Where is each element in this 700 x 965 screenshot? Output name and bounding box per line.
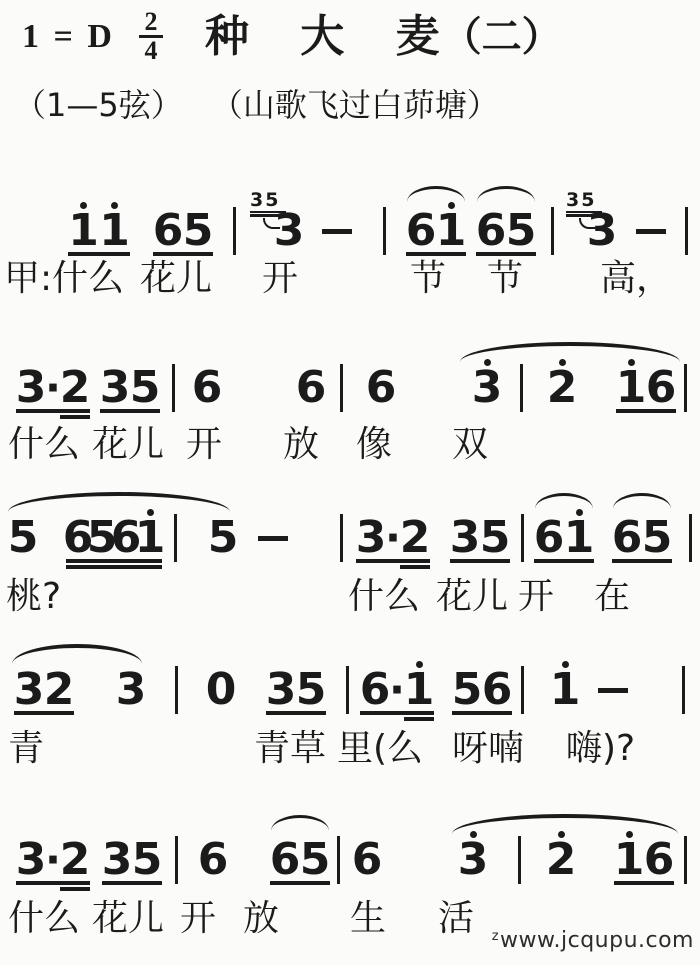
beam-group (644, 881, 674, 887)
note-digit: 5 (132, 840, 163, 878)
beam-line (266, 711, 296, 715)
note-digit: 5 (452, 670, 483, 708)
beam-line (130, 409, 160, 413)
note-group: 65 (612, 506, 672, 565)
music-system: 3230356·1561青青草里(么呀喃嗨)? (0, 644, 700, 774)
note-digit: 5 (300, 840, 331, 878)
barline (175, 666, 178, 714)
watermark: zwww.jcqupu.com (492, 928, 694, 953)
barline (521, 514, 524, 562)
note-group: 6 (198, 828, 228, 881)
beam-group (138, 559, 162, 571)
note-digit: 1 (68, 211, 99, 249)
beam-line (44, 711, 74, 715)
beam-group (46, 881, 60, 887)
note: 1 (436, 199, 466, 258)
beam-line (614, 881, 644, 885)
note-group: 32 (14, 658, 74, 717)
note: 6 (366, 356, 396, 409)
beam-group (132, 881, 162, 887)
beam-group (642, 559, 672, 565)
note-digit: 3 (100, 368, 131, 406)
lyric-text: 高， (600, 258, 672, 300)
beam-line (356, 559, 386, 563)
note-group: 3 (587, 199, 617, 252)
note-digit: 6 (644, 840, 675, 878)
note-digit: 1 (135, 518, 166, 556)
dot-separator: · (386, 506, 400, 565)
lyrics-row: 什么花儿开放像双 (0, 424, 700, 468)
beam-group (60, 409, 90, 421)
note: 3 (16, 356, 46, 415)
note: 6 (644, 828, 674, 887)
note-digit: 5 (480, 518, 511, 556)
beam-line (644, 881, 674, 885)
beam-line (14, 711, 44, 715)
lyric-text: 桃? (6, 576, 61, 618)
note-digit: 6 (534, 518, 565, 556)
beam-group (100, 409, 130, 415)
barline (383, 207, 386, 255)
beam-line (534, 559, 564, 563)
note: 5 (300, 828, 330, 887)
beam-line (66, 565, 90, 569)
note-group: 65 (270, 828, 330, 887)
note-digit: 6 (646, 368, 677, 406)
beam-group (360, 711, 390, 717)
beam-line (476, 252, 506, 256)
note-digit: 2 (60, 840, 91, 878)
beam-line (153, 252, 183, 256)
note-digit: 6 (366, 368, 397, 406)
note-digit: · (45, 840, 61, 878)
beam-line (296, 711, 326, 715)
beam-group (46, 409, 60, 415)
note: 5 (452, 658, 482, 717)
note: 6 (646, 356, 676, 415)
note: 2 (60, 828, 90, 893)
note-digit: 5 (8, 518, 39, 556)
note-digit: 6 (192, 368, 223, 406)
note-digit: 3 (356, 518, 387, 556)
beam-line (400, 559, 430, 563)
note-group: 3 (274, 199, 304, 252)
lyric-text: 花儿 (436, 576, 508, 618)
barline (551, 207, 554, 255)
note-group: 61 (534, 506, 594, 565)
note: 3 (14, 658, 44, 717)
note: 5 (8, 506, 38, 559)
note-digit: 6 (360, 670, 391, 708)
note-digit: 3 (450, 518, 481, 556)
beam-line (612, 559, 642, 563)
lyric-text: 什么 (8, 424, 80, 466)
beam-line (100, 409, 130, 413)
lyric-text: 花儿 (92, 898, 164, 940)
note-digit: 3 (472, 368, 503, 406)
lyric-text: 开 (180, 898, 216, 940)
beam-line (183, 252, 213, 256)
note-digit: 3 (116, 670, 147, 708)
beam-group (612, 559, 642, 565)
beam-group (102, 881, 132, 887)
note: 5 (130, 356, 160, 415)
beam-line (480, 559, 510, 563)
note: 1 (138, 506, 162, 571)
beam-line (506, 252, 536, 256)
note-group: 6 (192, 356, 222, 409)
lyric-text: 在 (594, 576, 630, 618)
slur-icon (271, 815, 329, 831)
lyric-text: 开 (262, 258, 298, 300)
note-group: 35 (100, 356, 160, 415)
beam-group (616, 409, 646, 415)
note: 6 (534, 506, 564, 565)
music-system: 3·2356663216什么花儿开放像双 (0, 342, 700, 470)
note-digit: 5 (208, 518, 239, 556)
note: 5 (208, 506, 238, 559)
note: 2 (547, 356, 577, 409)
note-digit: 5 (183, 211, 214, 249)
note: 1 (614, 828, 644, 887)
beam-line (482, 711, 512, 715)
notation-row: 3230356·1561 (0, 644, 700, 724)
lyric-text: 活 (438, 898, 474, 940)
beam-line (46, 881, 60, 885)
barline (346, 666, 349, 714)
beam-group (404, 711, 434, 723)
note-digit: 1 (436, 211, 467, 249)
beam-group (266, 711, 296, 717)
barline (684, 836, 687, 884)
note-group: 35 (450, 506, 510, 565)
note-digit: 1 (99, 211, 130, 249)
note-digit: 6 (270, 840, 301, 878)
note-digit: 0 (206, 670, 237, 708)
note: 5 (506, 199, 536, 258)
barline (175, 836, 178, 884)
barline (689, 514, 692, 562)
watermark-url: www.jcqupu.com (500, 928, 694, 953)
beam-line (646, 409, 676, 413)
note-digit: 2 (44, 670, 75, 708)
note-group: 3 (458, 828, 488, 881)
beam-group (16, 881, 46, 887)
duration-dash (258, 536, 288, 541)
note: 2 (546, 828, 576, 881)
note-digit: 3 (102, 840, 133, 878)
beam-line (404, 717, 434, 721)
note-digit: · (389, 670, 405, 708)
beam-line (68, 252, 99, 256)
note: 2 (400, 506, 430, 571)
slur-icon (477, 186, 535, 202)
notation-row: 11653536165353 (0, 185, 700, 265)
note: 3 (274, 199, 304, 252)
beam-group (296, 711, 326, 717)
beam-group (60, 881, 90, 893)
note-group: 35 (102, 828, 162, 887)
music-system: 11653536165353甲:什么花儿开节节高， (0, 185, 700, 304)
note: 5 (183, 199, 213, 258)
barline (172, 364, 175, 412)
note-group: 3·2 (16, 356, 90, 421)
notation-row: 3·23566563216 (0, 814, 700, 894)
note: 2 (44, 658, 74, 717)
barline (233, 207, 236, 255)
barline (174, 514, 177, 562)
note-digit: 1 (616, 368, 647, 406)
note-digit: 1 (564, 518, 595, 556)
beam-line (390, 711, 404, 715)
note-group: 3 (116, 658, 146, 711)
note: 3 (116, 658, 146, 711)
note-digit: 6 (482, 670, 513, 708)
beam-line (60, 415, 90, 419)
dot-separator: · (46, 356, 60, 415)
note: 6 (198, 828, 228, 881)
lyric-text: 节 (410, 258, 446, 300)
beam-line (406, 252, 436, 256)
barline (520, 364, 523, 412)
duration-dash (636, 229, 666, 234)
beam-group (44, 711, 74, 717)
beam-line (360, 711, 390, 715)
lyric-text: 呀喃 (452, 728, 524, 770)
duration-dash (322, 229, 352, 234)
note-group: 3 (472, 356, 502, 409)
note-group: 65 (476, 199, 536, 258)
note-digit: 5 (642, 518, 673, 556)
beam-line (138, 565, 162, 569)
note: 1 (616, 356, 646, 415)
beam-line (102, 881, 132, 885)
lyric-text: 生 (350, 898, 386, 940)
note-digit: 5 (506, 211, 537, 249)
beam-group (390, 711, 404, 717)
note: 3 (450, 506, 480, 565)
beam-line (616, 409, 646, 413)
beam-line (132, 881, 162, 885)
beam-group (480, 559, 510, 565)
note: 5 (132, 828, 162, 887)
beam-line (642, 559, 672, 563)
dot-separator: · (390, 658, 404, 717)
note: 6 (352, 828, 382, 881)
beam-line (300, 881, 330, 885)
note-group: 6561 (66, 506, 162, 571)
lyric-text: 双 (452, 424, 488, 466)
notation-row: 5656153·2356165 (0, 492, 700, 572)
note-group: 35 (266, 658, 326, 717)
music-system: 5656153·2356165桃?什么花儿开在 (0, 492, 700, 622)
note-group: 65 (153, 199, 213, 258)
note: 3 (472, 356, 502, 409)
beam-group (400, 559, 430, 571)
note: 3 (458, 828, 488, 881)
note: 3 (356, 506, 386, 565)
note: 1 (404, 658, 434, 723)
barline (682, 666, 685, 714)
barline (685, 207, 688, 255)
beam-group (16, 409, 46, 415)
beam-group (614, 881, 644, 887)
note: 6 (360, 658, 390, 717)
note-group: 6 (296, 356, 326, 409)
note: 1 (550, 658, 580, 711)
lyric-text: 像 (356, 424, 392, 466)
lyric-text: 什么 (348, 576, 420, 618)
note: 1 (99, 199, 130, 258)
note-group: 5 (208, 506, 238, 559)
slur-icon (407, 186, 465, 202)
lyric-text: 青 (8, 728, 44, 770)
duration-dash (598, 688, 628, 693)
note-digit: 6 (406, 211, 437, 249)
beam-group (356, 559, 386, 565)
beam-line (60, 887, 90, 891)
note-group: 0 (206, 658, 236, 711)
note: 3 (266, 658, 296, 717)
beam-line (452, 711, 482, 715)
dot-separator: · (46, 828, 60, 887)
beam-group (386, 559, 400, 565)
note-group: 16 (614, 828, 674, 887)
note: 6 (612, 506, 642, 565)
note-digit: 3 (587, 211, 618, 249)
note-digit: 1 (614, 840, 645, 878)
note: 0 (206, 658, 236, 711)
note: 2 (60, 356, 90, 421)
note-digit: 3 (274, 211, 305, 249)
note-digit: 5 (296, 670, 327, 708)
beam-line (60, 881, 90, 885)
note-group: 6 (366, 356, 396, 409)
note-digit: 3 (458, 840, 489, 878)
note: 6 (192, 356, 222, 409)
beam-group (300, 881, 330, 887)
note-group: 6 (352, 828, 382, 881)
note: 6 (476, 199, 506, 258)
note-digit: 6 (352, 840, 383, 878)
note-group: 5 (8, 506, 38, 559)
lyrics-row: 桃?什么花儿开在 (0, 576, 700, 620)
note: 5 (642, 506, 672, 565)
note-digit: 2 (400, 518, 431, 556)
note-digit: 1 (550, 670, 581, 708)
note-group: 61 (406, 199, 466, 258)
barline (518, 836, 521, 884)
note: 3 (102, 828, 132, 887)
beam-line (16, 881, 46, 885)
note-digit: 1 (404, 670, 435, 708)
barline (684, 364, 687, 412)
beam-line (564, 559, 594, 563)
beam-line (400, 565, 430, 569)
beam-line (404, 711, 434, 715)
note-group: 2 (547, 356, 577, 409)
note-digit: 6 (612, 518, 643, 556)
note-digit: · (45, 368, 61, 406)
note-digit: 6 (476, 211, 507, 249)
barline (340, 364, 343, 412)
lyric-text: 甲: (4, 258, 52, 300)
lyric-text: 青草 (254, 728, 326, 770)
note: 6 (153, 199, 183, 258)
beam-group (646, 409, 676, 415)
lyric-text: 什么 (8, 898, 80, 940)
note-group: 3·2 (16, 828, 90, 893)
note-digit: 3 (14, 670, 45, 708)
note-digit: · (385, 518, 401, 556)
barline (340, 514, 343, 562)
note-digit: 6 (296, 368, 327, 406)
beam-group (14, 711, 44, 717)
note-digit: 6 (198, 840, 229, 878)
beam-group (564, 559, 594, 565)
barline (337, 836, 340, 884)
beam-group (270, 881, 300, 887)
beam-group (452, 711, 482, 717)
note: 3 (100, 356, 130, 415)
note: 6 (406, 199, 436, 258)
barline (521, 666, 524, 714)
note-group: 16 (616, 356, 676, 415)
note: 3 (16, 828, 46, 887)
note-group: 2 (546, 828, 576, 881)
note-group: 11 (68, 199, 130, 258)
beam-group (130, 409, 160, 415)
note: 6 (296, 356, 326, 409)
lyric-text: 开 (186, 424, 222, 466)
lyrics-row: 甲:什么花儿开节节高， (0, 258, 700, 302)
note-digit: 2 (546, 840, 577, 878)
beam-line (60, 409, 90, 413)
note-digit: 5 (130, 368, 161, 406)
slur-icon (613, 493, 671, 509)
note-digit: 3 (266, 670, 297, 708)
note-group: 3·2 (356, 506, 430, 571)
lyric-text: 花儿 (92, 424, 164, 466)
note: 5 (296, 658, 326, 717)
note: 1 (68, 199, 99, 258)
lyrics-row: 青青草里(么呀喃嗨)? (0, 728, 700, 772)
note-group: 6·1 (360, 658, 434, 723)
note: 1 (564, 506, 594, 565)
note: 3 (587, 199, 617, 252)
beam-line (436, 252, 466, 256)
beam-line (114, 565, 138, 569)
beam-line (450, 559, 480, 563)
beam-group (450, 559, 480, 565)
lyric-text: 节 (487, 258, 523, 300)
beam-line (16, 409, 46, 413)
beam-line (46, 409, 60, 413)
note-group: 56 (452, 658, 512, 717)
beam-line (270, 881, 300, 885)
note-digit: 3 (16, 368, 47, 406)
note-digit: 6 (153, 211, 184, 249)
lyric-text: 里(么 (337, 728, 423, 770)
lyric-text: 什么 (52, 258, 124, 300)
note-group: 1 (550, 658, 580, 711)
beam-line (138, 559, 162, 563)
beam-line (90, 565, 114, 569)
cursor-icon: z (492, 929, 499, 944)
beam-group (482, 711, 512, 717)
beam-group (534, 559, 564, 565)
note: 5 (480, 506, 510, 565)
